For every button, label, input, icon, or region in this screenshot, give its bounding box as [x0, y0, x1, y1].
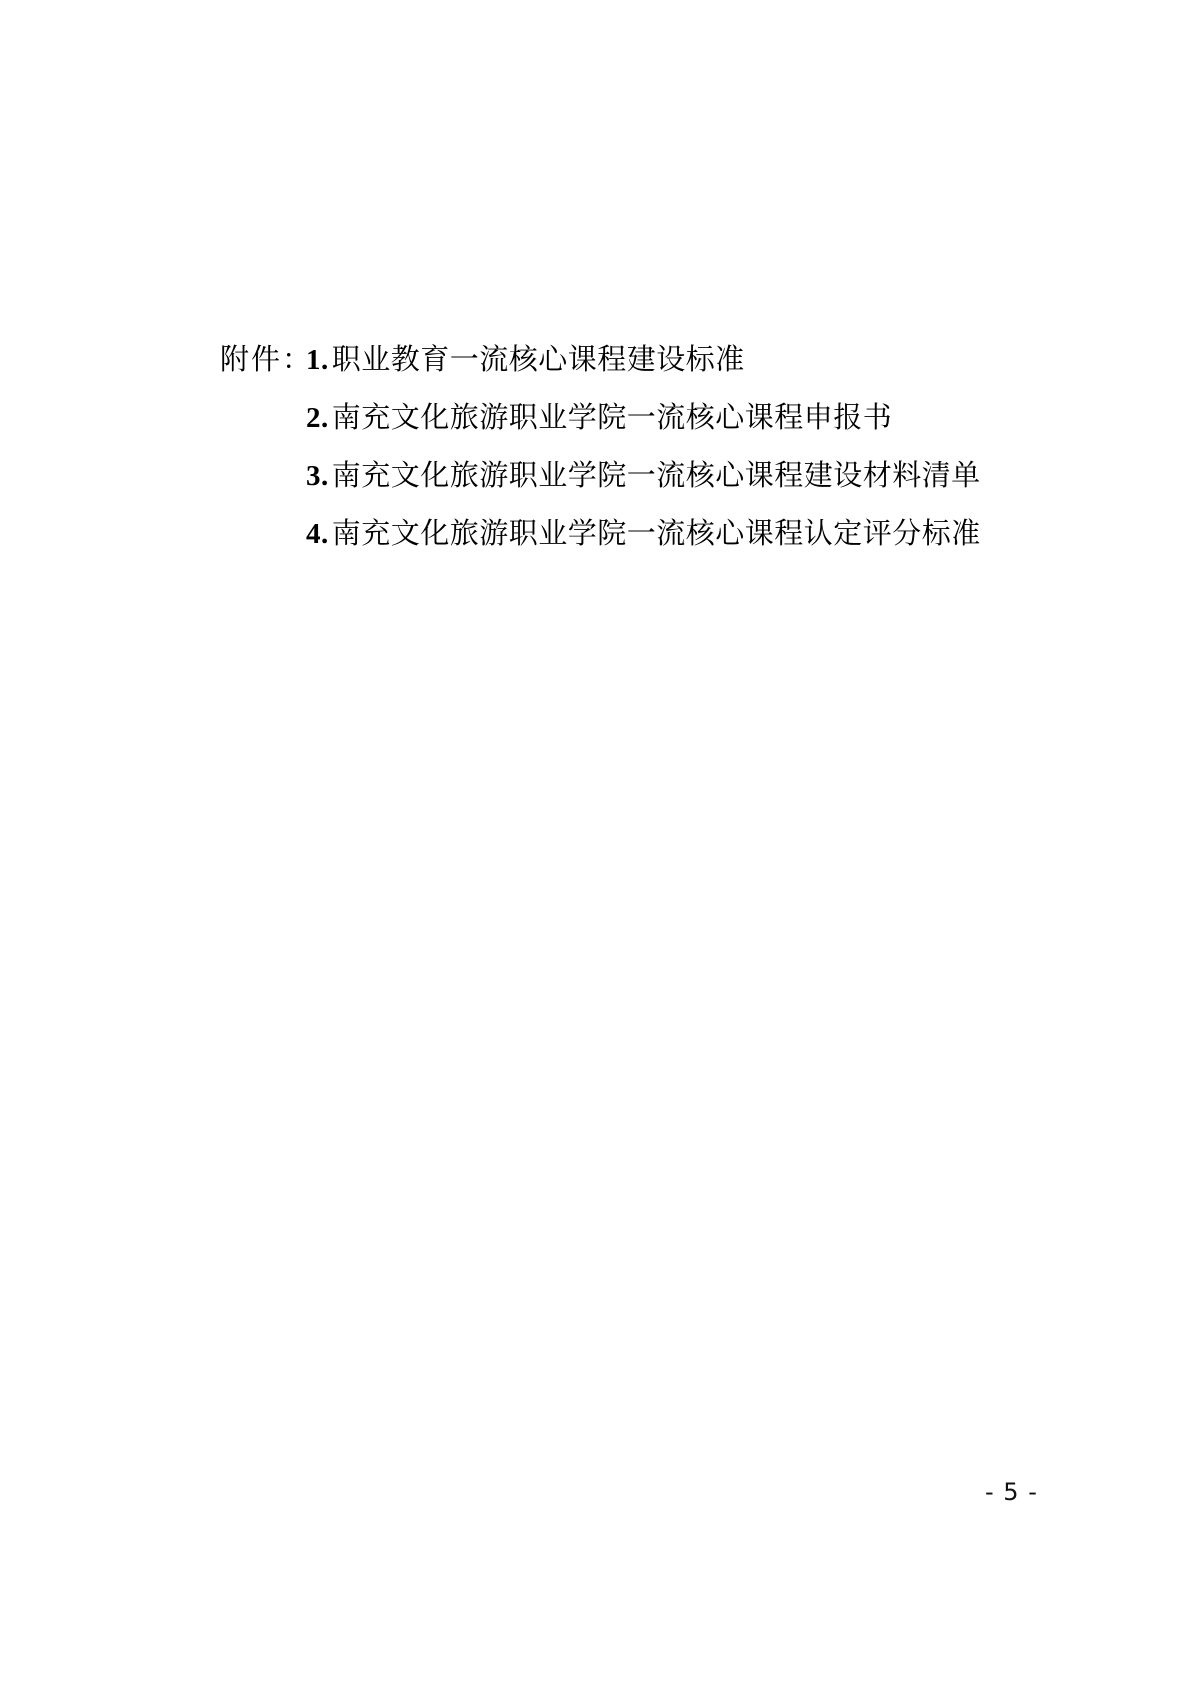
attachment-number: 3. — [306, 447, 332, 505]
attachment-number: 1. — [306, 331, 332, 389]
attachment-title: 南充文化旅游职业学院一流核心课程认定评分标准 — [332, 505, 981, 563]
attachment-item: 4. 南充文化旅游职业学院一流核心课程认定评分标准 — [220, 505, 1020, 563]
attachment-item: 2. 南充文化旅游职业学院一流核心课程申报书 — [220, 389, 1020, 447]
attachment-title: 南充文化旅游职业学院一流核心课程建设材料清单 — [332, 447, 981, 505]
document-page: 附件： 1. 职业教育一流核心课程建设标准 2. 南充文化旅游职业学院一流核心课… — [0, 0, 1191, 1684]
attachment-item: 3. 南充文化旅游职业学院一流核心课程建设材料清单 — [220, 447, 1020, 505]
attachment-number: 2. — [306, 389, 332, 447]
attachment-title: 职业教育一流核心课程建设标准 — [332, 331, 745, 389]
attachment-item: 附件： 1. 职业教育一流核心课程建设标准 — [220, 331, 1020, 389]
attachment-title: 南充文化旅游职业学院一流核心课程申报书 — [332, 389, 893, 447]
attachment-number: 4. — [306, 505, 332, 563]
attachment-list: 附件： 1. 职业教育一流核心课程建设标准 2. 南充文化旅游职业学院一流核心课… — [220, 331, 1020, 563]
attachment-label: 附件： — [220, 331, 306, 389]
page-number: - 5 - — [985, 1477, 1038, 1507]
